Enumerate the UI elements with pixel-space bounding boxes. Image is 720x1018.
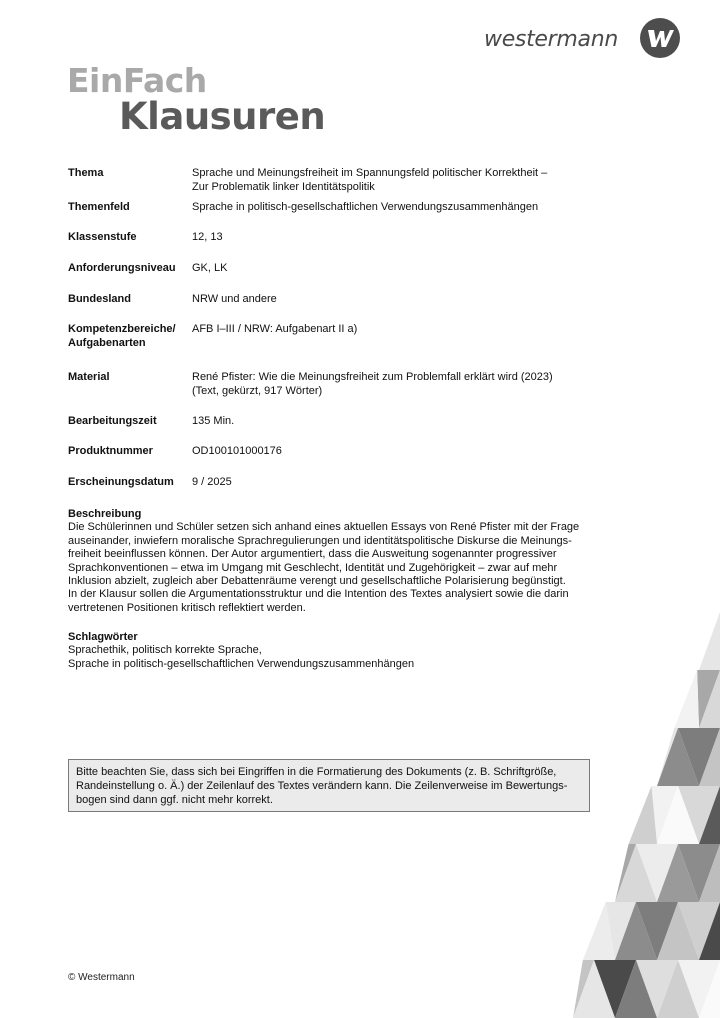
meta-label: Material — [68, 370, 192, 414]
meta-label: Themenfeld — [68, 200, 192, 230]
metadata-table: Thema Sprache und Meinungsfreiheit im Sp… — [68, 166, 608, 495]
meta-value: GK, LK — [192, 261, 608, 292]
brand-header: westermann — [484, 18, 680, 58]
keywords-body: Sprachethik, politisch korrekte Sprache,… — [68, 644, 588, 671]
meta-row-thema: Thema Sprache und Meinungsfreiheit im Sp… — [68, 166, 608, 200]
meta-value: 135 Min. — [192, 414, 608, 444]
product-title-line2: Klausuren — [119, 98, 325, 135]
meta-label: Kompetenzbereiche/ Aufgabenarten — [68, 322, 192, 370]
meta-value: Sprache und Meinungsfreiheit im Spannung… — [192, 166, 608, 200]
meta-label: Thema — [68, 166, 192, 200]
description-title: Beschreibung — [68, 508, 588, 521]
brand-name: westermann — [484, 27, 618, 52]
keywords-title: Schlagwörter — [68, 631, 588, 644]
meta-label: Bundesland — [68, 292, 192, 322]
meta-label: Klassenstufe — [68, 230, 192, 261]
meta-value: René Pfister: Wie die Meinungsfreiheit z… — [192, 370, 608, 414]
meta-row-produktnummer: Produktnummer OD100101000176 — [68, 444, 608, 475]
meta-value: AFB I–III / NRW: Aufgabenart II a) — [192, 322, 608, 370]
westermann-w-logo-icon — [640, 18, 680, 58]
meta-value: NRW und andere — [192, 292, 608, 322]
meta-row-anforderungsniveau: Anforderungsniveau GK, LK — [68, 261, 608, 292]
footer-copyright: © Westermann — [68, 972, 135, 983]
keywords-section: Schlagwörter Sprachethik, politisch korr… — [68, 631, 588, 671]
meta-row-bundesland: Bundesland NRW und andere — [68, 292, 608, 322]
meta-value: 9 / 2025 — [192, 475, 608, 495]
meta-row-material: Material René Pfister: Wie die Meinungsf… — [68, 370, 608, 414]
product-title-line1: EinFach — [67, 64, 325, 97]
formatting-notice-box: Bitte beachten Sie, dass sich bei Eingri… — [68, 759, 590, 812]
meta-row-erscheinungsdatum: Erscheinungsdatum 9 / 2025 — [68, 475, 608, 495]
description-body: Die Schülerinnen und Schüler setzen sich… — [68, 521, 588, 615]
meta-value: OD100101000176 — [192, 444, 608, 475]
meta-row-kompetenzbereiche: Kompetenzbereiche/ Aufgabenarten AFB I–I… — [68, 322, 608, 370]
meta-value: Sprache in politisch-gesellschaftlichen … — [192, 200, 608, 230]
meta-row-bearbeitungszeit: Bearbeitungszeit 135 Min. — [68, 414, 608, 444]
meta-row-klassenstufe: Klassenstufe 12, 13 — [68, 230, 608, 261]
description-section: Beschreibung Die Schülerinnen und Schüle… — [68, 508, 588, 615]
meta-value: 12, 13 — [192, 230, 608, 261]
meta-label: Bearbeitungszeit — [68, 414, 192, 444]
meta-row-themenfeld: Themenfeld Sprache in politisch-gesellsc… — [68, 200, 608, 230]
product-title: EinFach Klausuren — [67, 64, 325, 135]
meta-label: Erscheinungsdatum — [68, 475, 192, 495]
meta-label: Anforderungsniveau — [68, 261, 192, 292]
meta-label: Produktnummer — [68, 444, 192, 475]
